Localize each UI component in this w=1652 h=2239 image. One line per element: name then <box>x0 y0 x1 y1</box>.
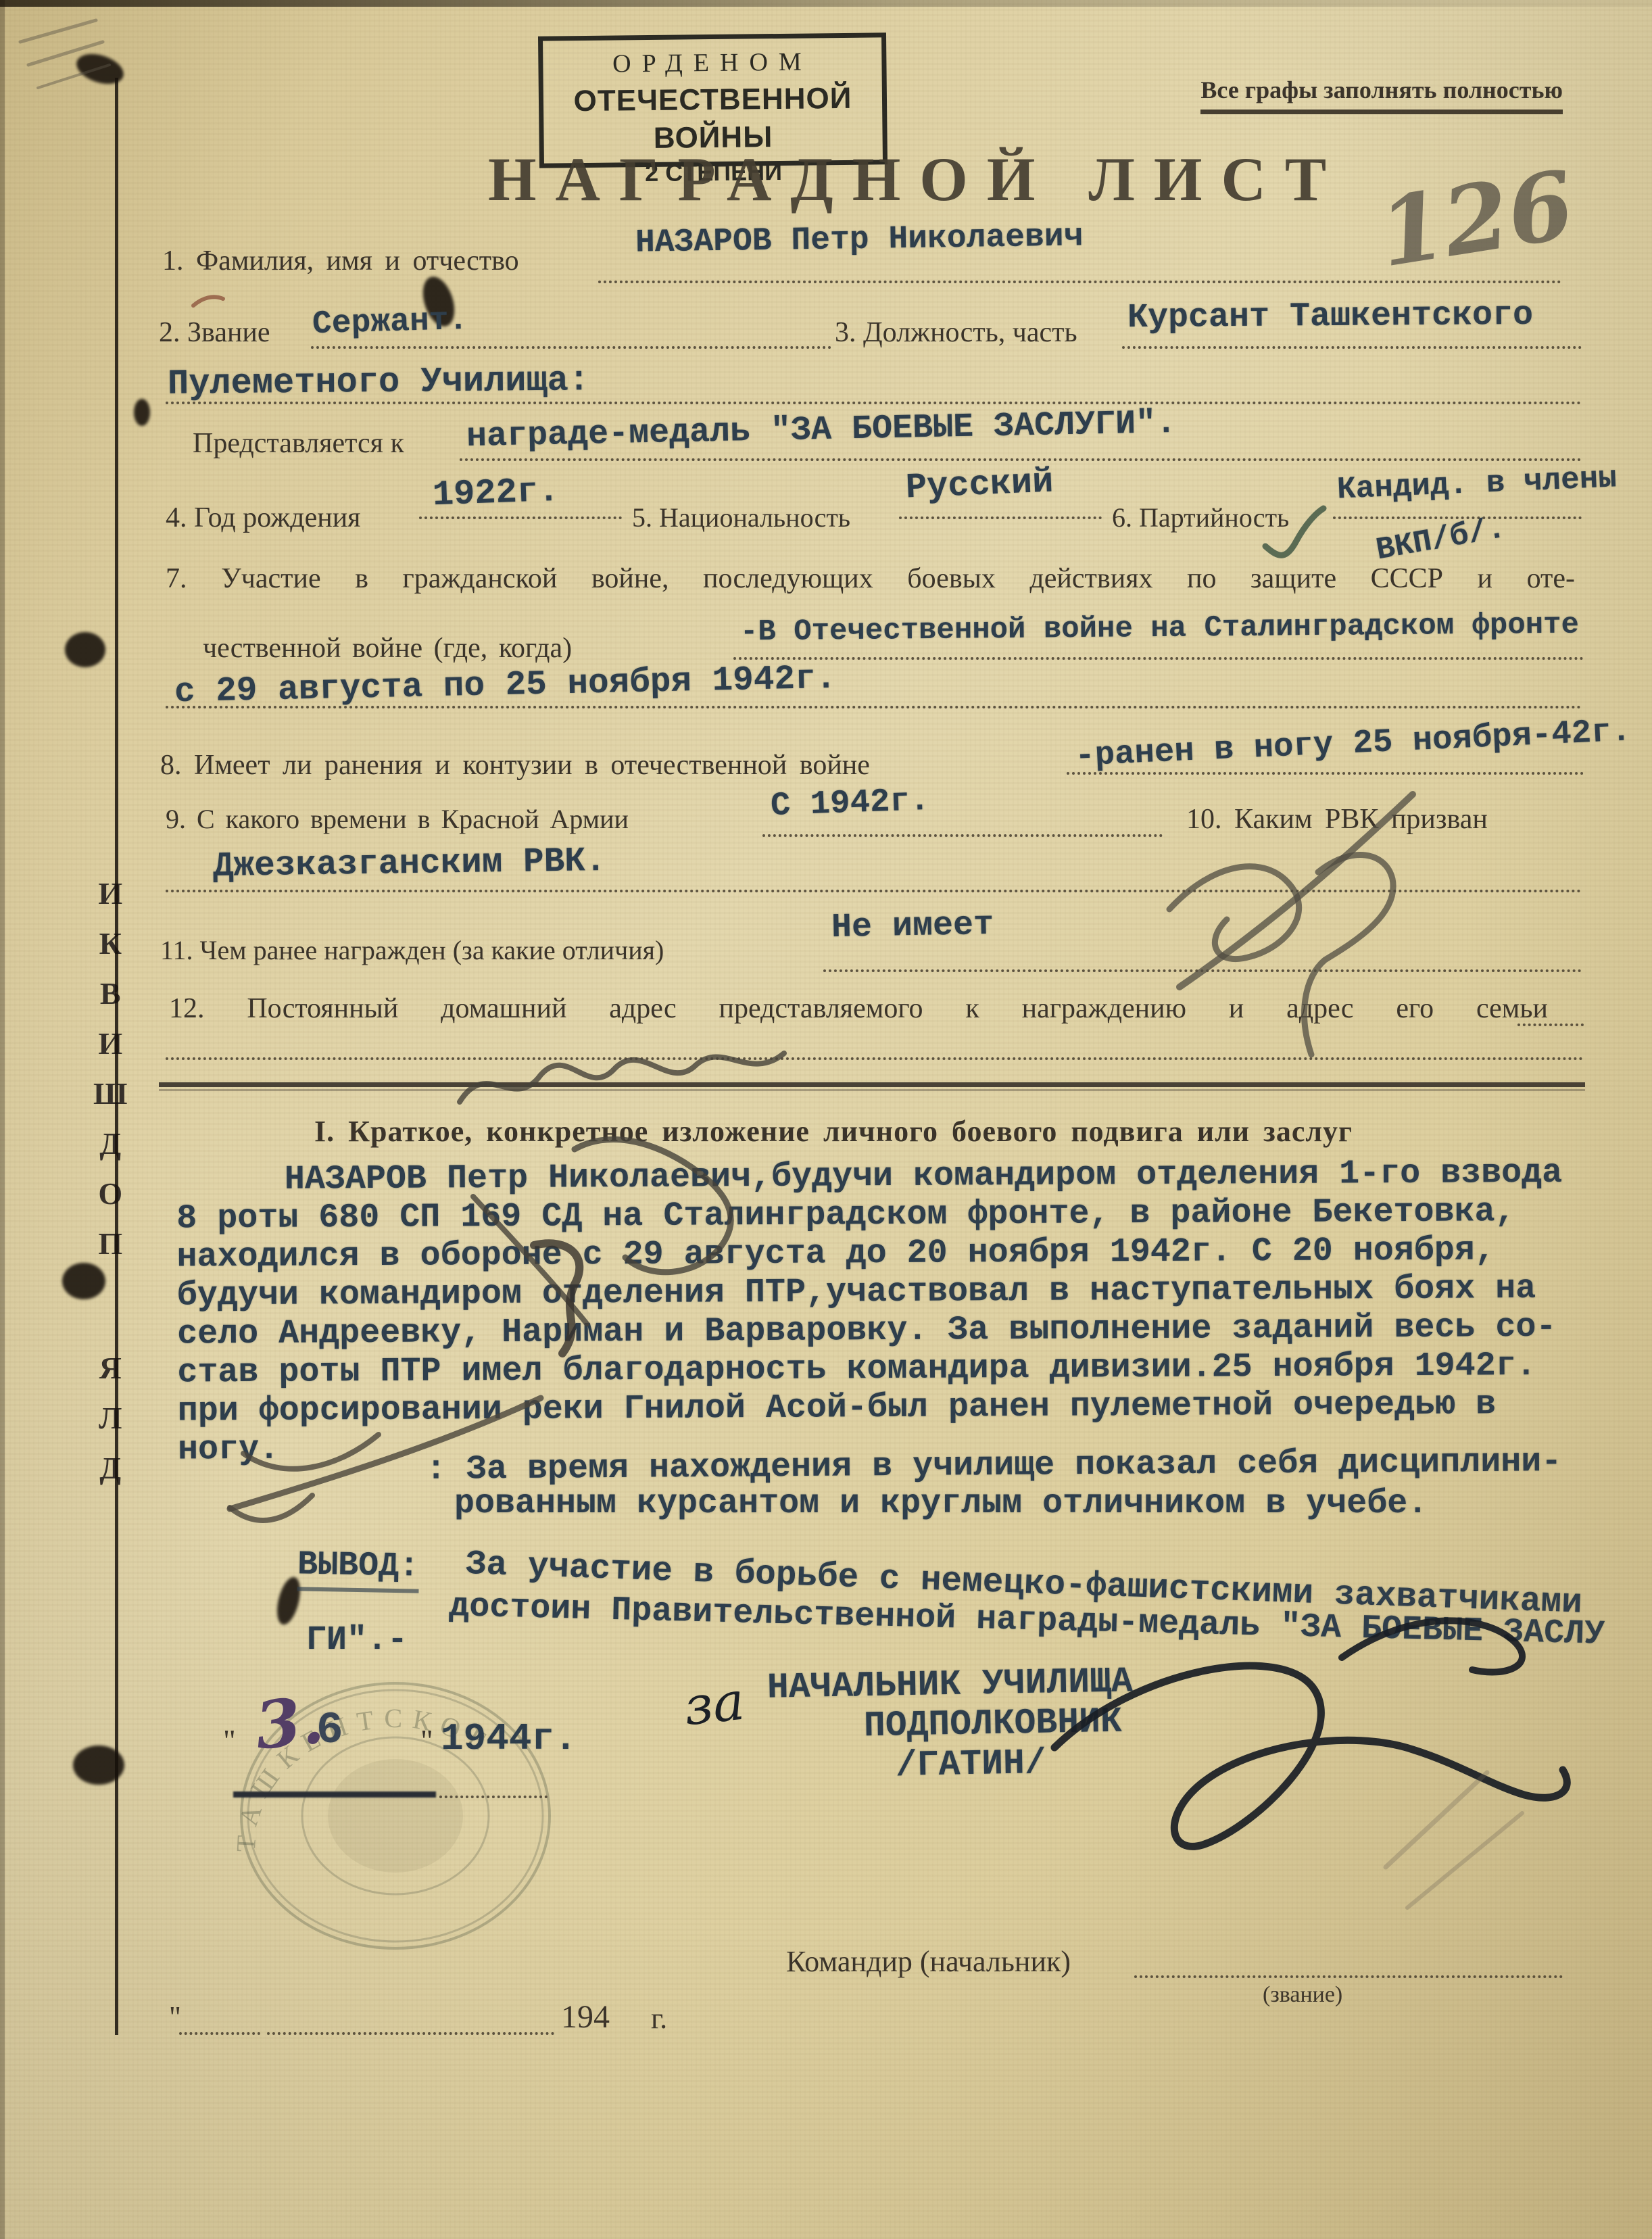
field2-label: 2. Звание <box>159 316 270 349</box>
signature <box>1054 1620 1567 1846</box>
conduct-line1: : За время нахождения в училище показал … <box>426 1443 1562 1489</box>
field5-value: Русский <box>905 462 1054 508</box>
signoff-line3: /ГАТИН/ <box>895 1743 1046 1786</box>
conclusion-line3: ГИ".- <box>306 1621 408 1660</box>
scan-edge-top <box>0 0 1652 7</box>
field8-label: 8. Имеет ли ранения и контузии в отечест… <box>160 749 870 781</box>
field9-line <box>762 834 1163 837</box>
signoff-line1: НАЧАЛЬНИК УЧИЛИЩА <box>767 1661 1134 1708</box>
ink-blot <box>134 399 150 426</box>
field7-value: -В Отечественной войне на Сталинградском… <box>740 608 1579 650</box>
present-value: награде-медаль "ЗА БОЕВЫЕ ЗАСЛУГИ". <box>466 404 1177 456</box>
field10-label: 10. Каким РВК призван <box>1186 803 1488 836</box>
binding-line <box>115 78 118 2035</box>
field2-line <box>311 346 831 349</box>
field5-label: 5. Национальность <box>632 502 850 533</box>
field12-label: 12. Постоянный домашний адрес представля… <box>169 992 1548 1025</box>
punch-hole <box>73 49 128 89</box>
date-month: 6 <box>316 1705 343 1756</box>
signoff-line2: ПОДПОЛКОВНИК <box>864 1702 1123 1747</box>
field9-label: 9. С какого времени в Красной Армии <box>166 803 629 835</box>
field4-line <box>419 516 622 519</box>
field3-label: 3. Должность, часть <box>835 316 1077 349</box>
bottom-right-streaks <box>1386 1773 1522 1908</box>
punch-hole <box>62 1263 105 1299</box>
field7-line <box>733 657 1584 660</box>
date-quote-open: " <box>223 1723 236 1758</box>
field10-line <box>166 890 1582 892</box>
conduct-line2: рованным курсантом и круглым отличником … <box>454 1485 1428 1523</box>
punch-hole <box>73 1746 124 1785</box>
field6-label: 6. Партийность <box>1112 502 1289 533</box>
field3-line <box>1122 346 1582 349</box>
field8-line <box>1067 772 1584 775</box>
footer-year-suffix: г. <box>651 2001 667 2036</box>
date-year: 1944г. <box>441 1717 577 1760</box>
field9-value: С 1942г. <box>770 781 930 825</box>
field6-value2: ВКП/б/. <box>1374 511 1508 569</box>
field3-line2 <box>166 402 1582 404</box>
field11-line <box>823 969 1582 972</box>
field5-line <box>899 516 1102 519</box>
section-divider <box>159 1082 1585 1087</box>
page-number: 126 <box>1371 149 1581 288</box>
field11-value: Не имеет <box>831 906 994 947</box>
citation-line: при форсировании реки Гнилой Асой-был ра… <box>178 1385 1604 1430</box>
field6-value: Кандид. в члены <box>1336 460 1618 507</box>
za-handwritten: за <box>681 1671 748 1738</box>
stamp-line1: ОРДЕНОМ <box>543 43 882 82</box>
footer-quote: " <box>169 2000 181 2034</box>
field2-value: Сержант. <box>312 302 468 343</box>
section-divider-shadow <box>159 1089 1585 1091</box>
footer-month-line <box>267 2032 554 2035</box>
field1-line <box>598 281 1561 283</box>
margin-vertical-text: ИКВИШДОПЯЛД <box>93 869 128 1493</box>
field11-label: 11. Чем ранее награжден (за какие отличи… <box>160 934 664 966</box>
citation-paragraph: НАЗАРОВ Петр Николаевич,будучи командиро… <box>176 1153 1604 1469</box>
page-title: НАГРАДНОЙ ЛИСТ <box>488 143 1345 215</box>
field10-value: Джезказганским РВК. <box>213 842 606 886</box>
empty-line <box>166 1057 1584 1060</box>
present-label: Представляется к <box>193 427 404 460</box>
corner-note: Все графы заполнять полностью <box>1200 76 1563 114</box>
conclusion-label: ВЫВОД: <box>297 1545 419 1593</box>
field3-value2: Пулеметного Училища: <box>168 360 590 404</box>
commander-line <box>1134 1975 1563 1978</box>
punch-hole <box>65 632 105 667</box>
section-heading: I. Краткое, конкретное изложение личного… <box>314 1114 1353 1149</box>
field7-line2 <box>166 706 1582 708</box>
field4-value: 1922г. <box>432 471 560 515</box>
date-underline <box>233 1791 436 1798</box>
present-line <box>460 458 1582 461</box>
award-sheet-page: ТАШКЕНТСКОЕ ИКВИШДОПЯЛД ОРДЕНОМ ОТЕЧЕСТВ… <box>0 0 1652 2239</box>
field7-value2: с 29 августа по 25 ноября 1942г. <box>174 660 837 712</box>
date-quote-close: " <box>420 1723 433 1758</box>
rank-hint: (звание) <box>1263 1982 1342 2008</box>
field7-label2: чественной войне (где, когда) <box>203 632 572 665</box>
footer-day-line <box>179 2032 260 2035</box>
field4-label: 4. Год рождения <box>166 502 361 534</box>
field8-value: -ранен в ногу 25 ноября-42г. <box>1074 712 1632 775</box>
field3-value: Курсант Ташкентского <box>1127 296 1533 337</box>
field1-value: НАЗАРОВ Петр Николаевич <box>635 218 1084 261</box>
field12-line <box>1517 1024 1584 1026</box>
red-pencil-mark <box>193 297 223 306</box>
commander-label: Командир (начальник) <box>786 1944 1071 1979</box>
field1-label: 1. Фамилия, имя и отчество <box>162 245 519 277</box>
footer-year: 194 <box>561 1998 610 2036</box>
scan-edge-left <box>0 0 5 2239</box>
field7-label: 7. Участие в гражданской войне, последую… <box>166 562 1575 595</box>
date-underline-dots <box>439 1796 548 1798</box>
